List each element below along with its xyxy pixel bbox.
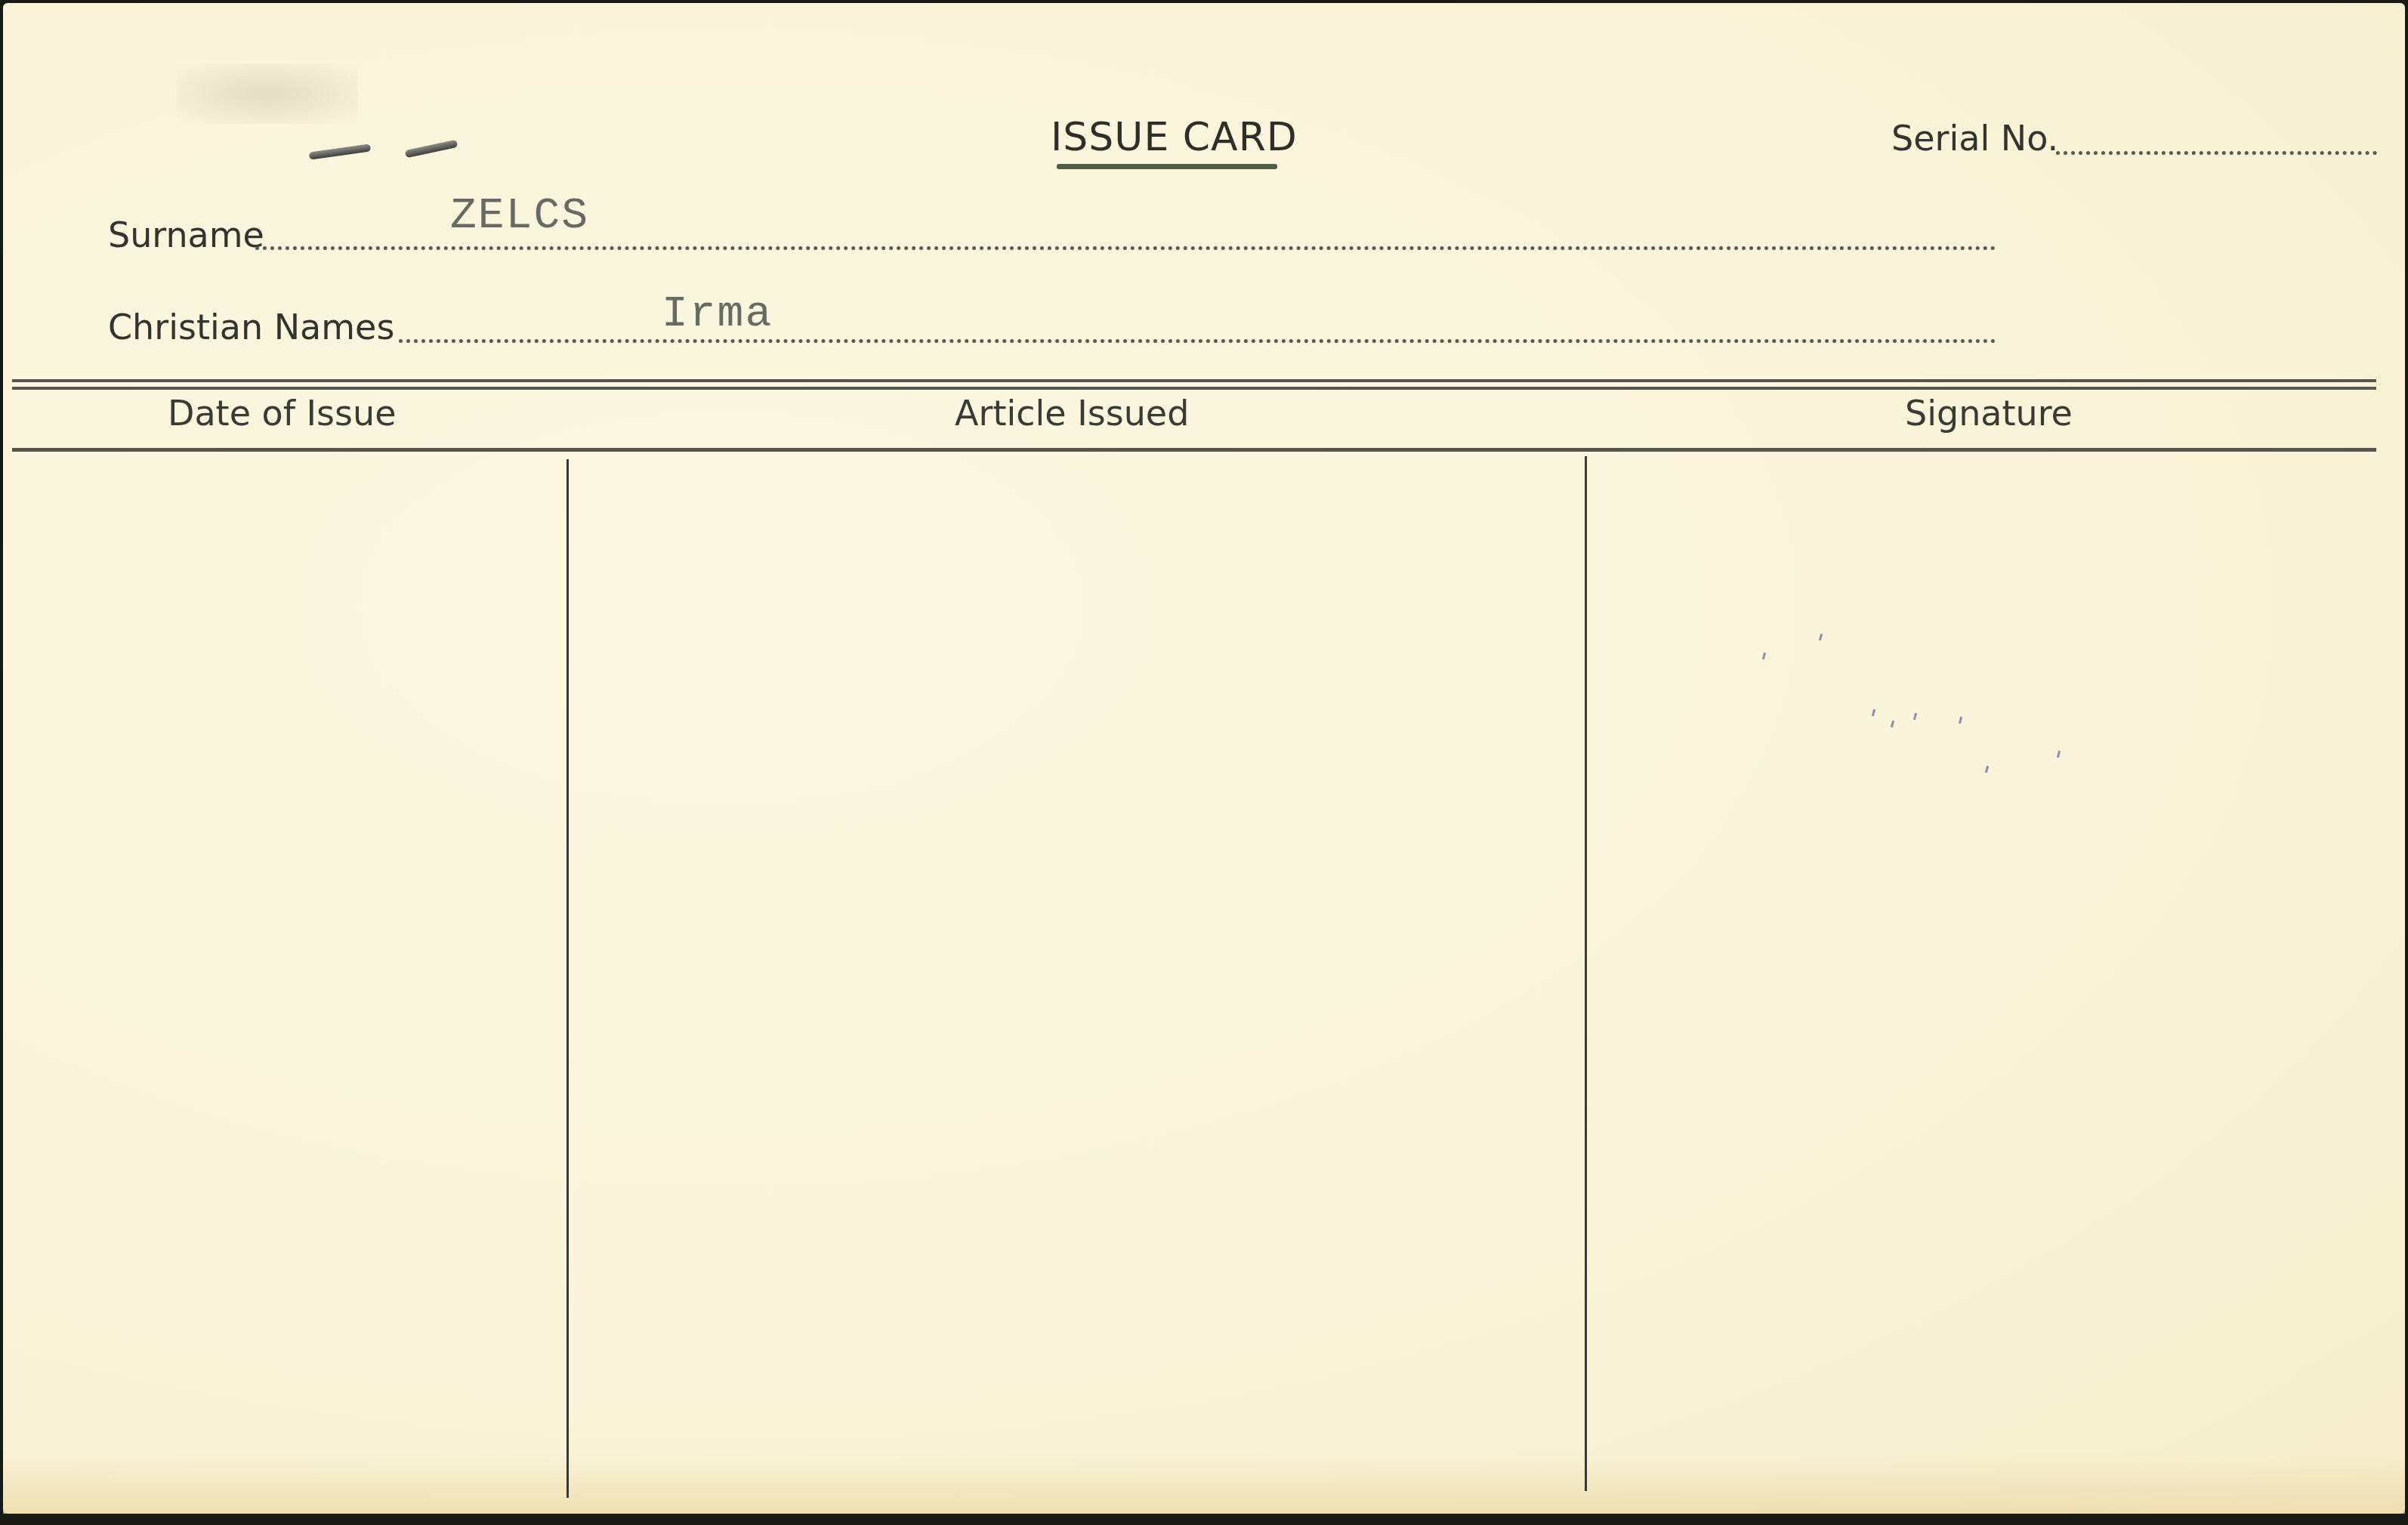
issue-card: ISSUE CARD Serial No. Surname ZELCS Chri… (3, 3, 2405, 1514)
surname-field[interactable] (255, 246, 1996, 250)
stamp-residue (1740, 622, 2193, 773)
table-top-rule-inner (12, 387, 2376, 390)
christian-names-label: Christian Names (108, 307, 394, 347)
christian-names-value: Irma (662, 290, 773, 339)
column-header-date-of-issue: Date of Issue (168, 393, 396, 434)
column-header-article-issued: Article Issued (955, 393, 1189, 434)
column-divider-2 (1585, 456, 1587, 1491)
smudge-mark (177, 63, 358, 124)
staple-icon (405, 140, 458, 158)
table-top-rule (12, 379, 2376, 382)
christian-names-field[interactable] (399, 339, 1996, 343)
surname-value: ZELCS (450, 192, 589, 241)
column-divider-1 (566, 459, 569, 1498)
card-title: ISSUE CARD (1051, 115, 1298, 160)
serial-no-field[interactable] (2056, 151, 2377, 155)
header-bottom-rule (12, 448, 2376, 452)
staple-icon (309, 144, 372, 159)
paper-aging (3, 1453, 2405, 1514)
column-header-signature: Signature (1905, 393, 2073, 434)
surname-label: Surname (108, 215, 264, 255)
serial-no-label: Serial No. (1891, 118, 2058, 159)
title-underline (1057, 164, 1277, 169)
